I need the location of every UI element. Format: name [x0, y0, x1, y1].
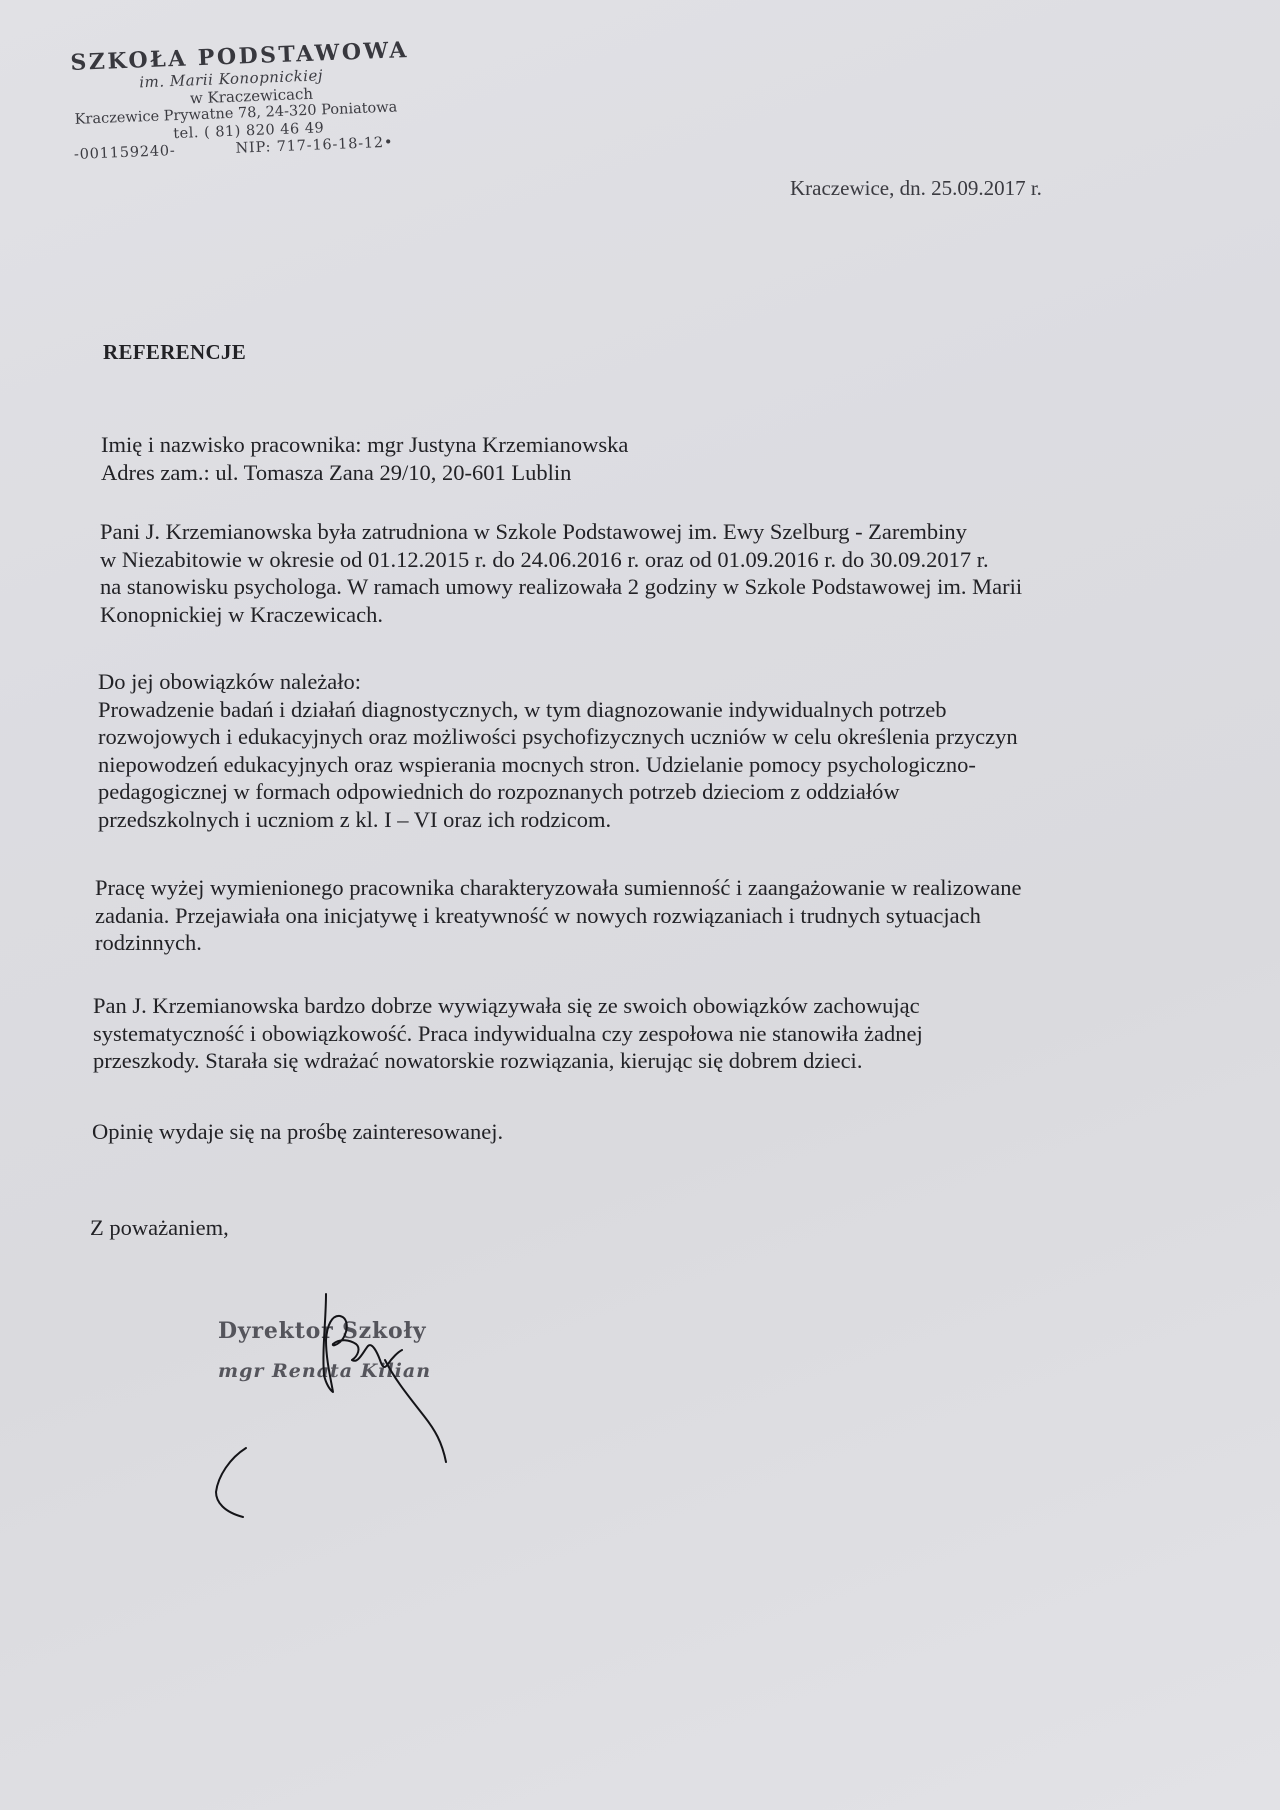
- paragraph-duties: Do jej obowiązków należało: Prowadzenie …: [98, 668, 1018, 833]
- paragraph-line: niepowodzeń edukacyjnych oraz wspierania…: [98, 751, 1018, 779]
- paragraph-line: przeszkody. Starała się wdrażać nowators…: [93, 1047, 923, 1075]
- paragraph-line: rodzinnych.: [95, 929, 1021, 957]
- employee-name: Imię i nazwisko pracownika: mgr Justyna …: [101, 431, 628, 459]
- paragraph-employment: Pani J. Krzemianowska była zatrudniona w…: [100, 518, 1022, 628]
- paragraph-work-evaluation: Pracę wyżej wymienionego pracownika char…: [95, 874, 1021, 957]
- employee-address: Adres zam.: ul. Tomasza Zana 29/10, 20-6…: [101, 459, 628, 487]
- director-name: mgr Renata Kilian: [218, 1360, 431, 1382]
- paragraph-line: zadania. Przejawiała ona inicjatywę i kr…: [95, 902, 1021, 930]
- paragraph-line: w Niezabitowie w okresie od 01.12.2015 r…: [100, 546, 1022, 574]
- paragraph-line: Konopnickiej w Kraczewicach.: [100, 601, 1022, 629]
- paragraph-conduct: Pan J. Krzemianowska bardzo dobrze wywią…: [93, 992, 923, 1075]
- paragraph-line: na stanowisku psychologa. W ramach umowy…: [100, 573, 1022, 601]
- place-and-date: Kraczewice, dn. 25.09.2017 r.: [790, 176, 1042, 201]
- reference-letter-page: SZKOŁA PODSTAWOWA im. Marii Konopnickiej…: [0, 0, 1280, 1810]
- director-stamp: Dyrektor Szkoły mgr Renata Kilian: [218, 1318, 431, 1382]
- paragraph-opinion: Opinię wydaje się na prośbę zainteresowa…: [92, 1118, 503, 1146]
- document-title: REFERENCJE: [103, 340, 246, 365]
- paragraph-line: Pani J. Krzemianowska była zatrudniona w…: [100, 518, 1022, 546]
- closing-salutation: Z poważaniem,: [90, 1214, 229, 1242]
- director-role: Dyrektor Szkoły: [218, 1318, 431, 1344]
- school-header-stamp: SZKOŁA PODSTAWOWA im. Marii Konopnickiej…: [70, 35, 454, 164]
- paragraph-line: Pan J. Krzemianowska bardzo dobrze wywią…: [93, 992, 923, 1020]
- paragraph-line: pedagogicznej w formach odpowiednich do …: [98, 778, 1018, 806]
- paragraph-line: rozwojowych i edukacyjnych oraz możliwoś…: [98, 723, 1018, 751]
- paragraph-line: Prowadzenie badań i działań diagnostyczn…: [98, 696, 1018, 724]
- paragraph-line: systematyczność i obowiązkowość. Praca i…: [93, 1020, 923, 1048]
- duties-heading: Do jej obowiązków należało:: [98, 668, 1018, 696]
- school-regon: -001159240-: [74, 143, 176, 164]
- paragraph-line: przedszkolnych i uczniom z kl. I – VI or…: [98, 806, 1018, 834]
- paragraph-line: Pracę wyżej wymienionego pracownika char…: [95, 874, 1021, 902]
- paragraph-line: Opinię wydaje się na prośbę zainteresowa…: [92, 1118, 503, 1146]
- employee-details: Imię i nazwisko pracownika: mgr Justyna …: [101, 431, 628, 486]
